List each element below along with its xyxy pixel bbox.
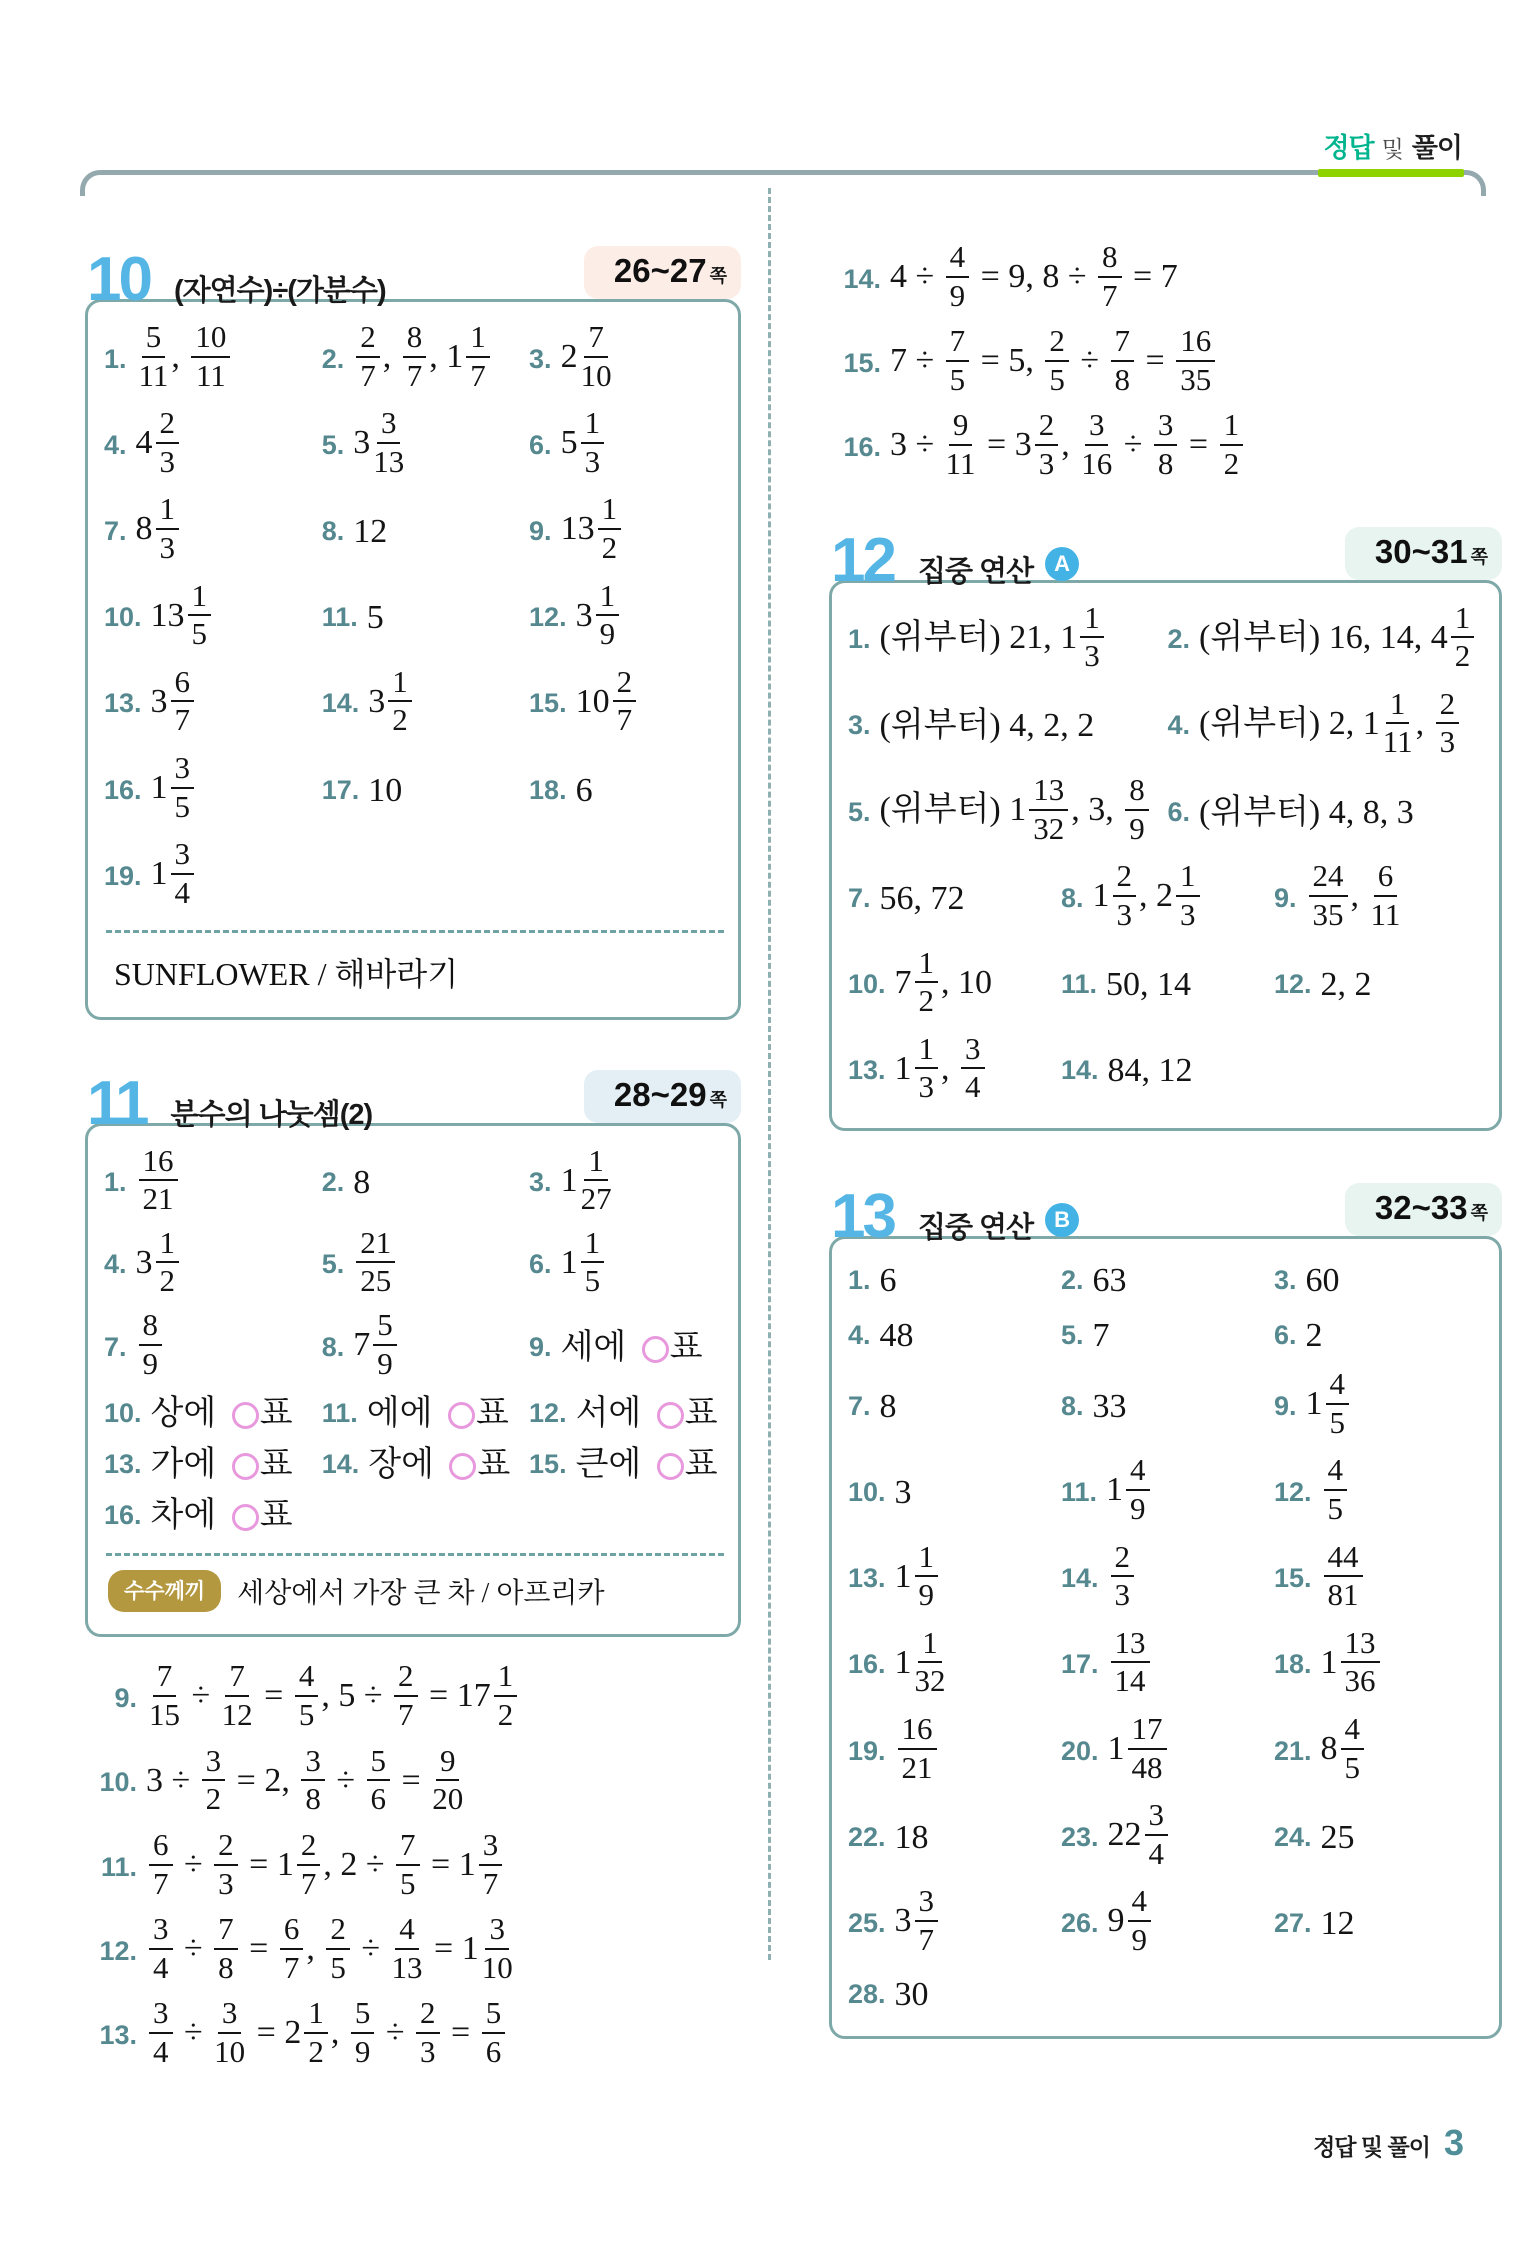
item-value: 6 <box>880 1261 897 1300</box>
item-number: 17. <box>1061 1649 1099 1680</box>
item-number: 2. <box>322 344 345 375</box>
item-number: 14. <box>322 1449 360 1480</box>
content-columns: 10 (자연수)÷(가분수) 26~27 쪽 1.511, 10112.27, … <box>85 172 1502 2085</box>
item-value: 7 <box>1093 1316 1110 1355</box>
fraction: 34 <box>149 1913 173 1983</box>
fraction: 37 <box>479 1829 503 1899</box>
item-value: 712, 10 <box>895 950 993 1020</box>
answer-item: 14.312 <box>322 669 529 739</box>
fraction: 911 <box>946 409 976 479</box>
answer-item: 11.에에 표 <box>322 1394 529 1433</box>
answer-grid: 1.16212.83.11274.3125.21256.1157.898.759… <box>104 1148 726 1536</box>
item-value: 상에 표 <box>151 1394 293 1433</box>
answer-item: 28.30 <box>848 1975 1061 2014</box>
fraction: 13 <box>915 1033 939 1103</box>
item-number: 16. <box>848 1649 886 1680</box>
answer-item: 3.1127 <box>529 1148 726 1218</box>
answer-item: 13.367 <box>104 669 322 739</box>
item-number: 14. <box>1061 1563 1099 1594</box>
item-number: 5. <box>1061 1320 1084 1351</box>
item-value: 759 <box>353 1312 400 1382</box>
fraction: 56 <box>482 1997 506 2067</box>
fraction: 611 <box>1371 860 1401 930</box>
fraction: 1332 <box>1029 774 1068 844</box>
item-number: 10. <box>104 1398 142 1429</box>
riddle-badge: 수수께끼 <box>108 1570 221 1612</box>
fraction: 12 <box>1220 409 1244 479</box>
circle-mark <box>642 1336 669 1363</box>
item-value: 949 <box>1108 1888 1155 1958</box>
item-number: 13. <box>848 1563 886 1594</box>
answer-item: 15.7 ÷ 75 = 5, 25 ÷ 78 = 1635 <box>829 328 1502 398</box>
fraction: 34 <box>1145 1799 1169 1869</box>
fraction: 23 <box>214 1829 238 1899</box>
item-number: 9. <box>1274 883 1297 914</box>
answer-item: 16.135 <box>104 755 322 825</box>
item-value: 115 <box>561 1230 608 1300</box>
fraction: 2125 <box>356 1227 395 1297</box>
answer-item: 11.5 <box>322 598 529 637</box>
item-value: 3 <box>895 1473 912 1512</box>
fraction: 27 <box>394 1660 418 1730</box>
fraction: 32 <box>202 1745 226 1815</box>
answer-item: 9.715 ÷ 712 = 45, 5 ÷ 27 = 1712 <box>85 1663 741 1733</box>
circle-mark <box>232 1504 259 1531</box>
answer-item: 8.123, 213 <box>1061 863 1274 933</box>
fraction: 27 <box>297 1829 321 1899</box>
fraction: 15 <box>188 580 212 650</box>
item-value: 2234 <box>1108 1802 1172 1872</box>
answer-item: 14.장에 표 <box>322 1445 529 1484</box>
answer-grid: 1.511, 10112.27, 87, 1173.27104.4235.331… <box>104 324 726 912</box>
fraction: 1314 <box>1111 1627 1150 1697</box>
item-number: 3. <box>848 710 871 741</box>
item-number: 6. <box>529 430 552 461</box>
answer-item: 20.11748 <box>1061 1716 1274 1786</box>
answer-item: 14.84, 12 <box>1061 1051 1274 1090</box>
item-number: 4. <box>104 1249 127 1280</box>
answer-item: 11.50, 14 <box>1061 965 1274 1004</box>
item-value: (위부터) 2, 1111, 23 <box>1199 691 1462 761</box>
answer-item: 2.8 <box>322 1163 529 1202</box>
fraction: 310 <box>482 1913 513 1983</box>
answer-item: 7.89 <box>104 1312 322 1382</box>
fraction: 23 <box>1035 409 1059 479</box>
answer-item: 13.119 <box>848 1544 1061 1614</box>
fraction: 19 <box>596 580 620 650</box>
answer-item: 1.(위부터) 21, 113 <box>848 605 1168 675</box>
section-number: 11 <box>87 1078 147 1131</box>
worked-solutions-left: 9.715 ÷ 712 = 45, 5 ÷ 27 = 171210.3 ÷ 32… <box>85 1663 741 2070</box>
fraction: 310 <box>214 1997 245 2067</box>
item-value: 4 ÷ 49 = 9, 8 ÷ 87 = 7 <box>890 244 1178 314</box>
footer-label: 정답 및 풀이 <box>1313 2129 1430 2162</box>
item-number: 15. <box>829 348 881 379</box>
item-number: 13. <box>85 2020 137 2051</box>
circle-mark <box>232 1402 259 1429</box>
fraction: 67 <box>171 666 195 736</box>
fraction: 35 <box>171 752 195 822</box>
item-number: 20. <box>1061 1736 1099 1767</box>
answer-item: 3.2710 <box>529 324 726 394</box>
answer-item: 11.67 ÷ 23 = 127, 2 ÷ 75 = 137 <box>85 1832 741 1902</box>
item-value: 30 <box>895 1975 929 2014</box>
item-number: 4. <box>1168 710 1191 741</box>
running-head-dark: 풀이 <box>1412 126 1462 165</box>
item-value: 2125 <box>353 1230 398 1300</box>
answer-item: 13.34 ÷ 310 = 212, 59 ÷ 23 = 56 <box>85 2000 741 2070</box>
item-number: 2. <box>1168 624 1191 655</box>
answer-box: 1.16212.83.11274.3125.21256.1157.898.759… <box>85 1123 741 1638</box>
circle-mark <box>449 1453 476 1480</box>
page-suffix: 쪽 <box>710 1086 727 1112</box>
answer-item: 8.33 <box>1061 1387 1274 1426</box>
section-12-header: 12 집중 연산 A 30~31 쪽 <box>829 535 1502 590</box>
answer-item: 1.6 <box>848 1261 1061 1300</box>
fraction: 13 <box>1176 860 1200 930</box>
answer-item: 10.3 ÷ 32 = 2, 38 ÷ 56 = 920 <box>85 1748 741 1818</box>
item-number: 13. <box>104 1449 142 1480</box>
item-number: 7. <box>848 1391 871 1422</box>
page-range-badge: 32~33 쪽 <box>1345 1183 1502 1236</box>
answer-item: 26.949 <box>1061 1888 1274 1958</box>
item-value: 5 <box>367 598 384 637</box>
item-number: 22. <box>848 1822 886 1853</box>
item-value: 세에 표 <box>561 1328 703 1367</box>
item-value: 3313 <box>353 410 407 480</box>
answer-item: 16.1132 <box>848 1630 1061 1700</box>
fraction: 127 <box>581 1145 612 1215</box>
item-number: 11. <box>322 602 358 633</box>
answer-item: 2.27, 87, 117 <box>322 324 529 394</box>
section-10-header: 10 (자연수)÷(가분수) 26~27 쪽 <box>85 254 741 309</box>
item-number: 6. <box>529 1249 552 1280</box>
item-value: 367 <box>151 669 198 739</box>
fraction: 49 <box>946 241 970 311</box>
fraction: 511 <box>139 321 169 391</box>
item-number: 5. <box>322 430 345 461</box>
item-value: 149 <box>1106 1457 1153 1527</box>
item-value: 가에 표 <box>151 1445 293 1484</box>
item-value: 513 <box>561 410 608 480</box>
item-number: 23. <box>1061 1822 1099 1853</box>
item-number: 12. <box>529 602 567 633</box>
answer-item: 10.상에 표 <box>104 1394 322 1433</box>
page-range-badge: 26~27 쪽 <box>584 246 741 299</box>
item-value: 1315 <box>151 583 215 653</box>
item-value: 7 ÷ 75 = 5, 25 ÷ 78 = 1635 <box>890 328 1218 398</box>
fraction: 34 <box>961 1033 985 1103</box>
fraction: 38 <box>301 1745 325 1815</box>
item-number: 4. <box>848 1320 871 1351</box>
fraction: 15 <box>581 1227 605 1297</box>
fraction: 37 <box>915 1885 939 1955</box>
answer-item: 12.서에 표 <box>529 1394 726 1433</box>
item-value: 34 ÷ 78 = 67, 25 ÷ 413 = 1310 <box>146 1916 516 1986</box>
item-value: 845 <box>1321 1716 1368 1786</box>
item-value: 6 <box>576 771 593 810</box>
fraction: 12 <box>1451 602 1475 672</box>
answer-item: 19.1621 <box>848 1716 1061 1786</box>
fraction: 45 <box>1324 1454 1348 1524</box>
answer-item: 14.4 ÷ 49 = 9, 8 ÷ 87 = 7 <box>829 244 1502 314</box>
item-value: 8 <box>353 1163 370 1202</box>
item-value: 45 <box>1321 1457 1351 1527</box>
item-value: 25 <box>1321 1818 1355 1857</box>
answer-item: 18.6 <box>529 771 726 810</box>
right-column: 14.4 ÷ 49 = 9, 8 ÷ 87 = 715.7 ÷ 75 = 5, … <box>829 172 1502 2039</box>
section-13: 13 집중 연산 B 32~33 쪽 1.62.633.604.485.76.2… <box>829 1191 1502 2039</box>
item-value: 차에 표 <box>151 1496 293 1535</box>
item-number: 24. <box>1274 1822 1312 1853</box>
answer-item: 11.149 <box>1061 1457 1274 1527</box>
fraction: 13 <box>156 493 180 563</box>
page-range-badge: 28~29 쪽 <box>584 1070 741 1123</box>
item-value: 312 <box>136 1230 183 1300</box>
fraction: 78 <box>1111 325 1135 395</box>
section-10: 10 (자연수)÷(가분수) 26~27 쪽 1.511, 10112.27, … <box>85 254 741 1020</box>
item-value: 12 <box>1321 1904 1355 1943</box>
dashed-separator <box>106 930 724 933</box>
answer-item: 15.1027 <box>529 669 726 739</box>
fraction: 45 <box>1341 1713 1365 1783</box>
footer-page-number: 3 <box>1444 2122 1464 2164</box>
page-range-badge: 30~31 쪽 <box>1345 527 1502 580</box>
item-value: 84, 12 <box>1108 1051 1193 1090</box>
fraction: 23 <box>1113 860 1137 930</box>
answer-item: 6.115 <box>529 1230 726 1300</box>
answer-item: 1.511, 1011 <box>104 324 322 394</box>
item-value: 511, 1011 <box>136 324 234 394</box>
fraction: 710 <box>581 321 612 391</box>
fraction: 316 <box>1081 409 1112 479</box>
answer-item: 16.3 ÷ 911 = 323, 316 ÷ 38 = 12 <box>829 412 1502 482</box>
running-head: 정답 및 풀이 <box>1323 126 1462 165</box>
circle-mark <box>657 1453 684 1480</box>
answer-item: 5.2125 <box>322 1230 529 1300</box>
worked-solutions-right: 14.4 ÷ 49 = 9, 8 ÷ 87 = 715.7 ÷ 75 = 5, … <box>829 244 1502 483</box>
item-value: 319 <box>576 583 623 653</box>
item-value: 2 <box>1306 1316 1323 1355</box>
item-value: 337 <box>895 1888 942 1958</box>
item-value: 1621 <box>136 1148 181 1218</box>
fraction: 45 <box>1326 1368 1350 1438</box>
fraction: 1621 <box>898 1713 937 1783</box>
item-value: (위부터) 4, 2, 2 <box>880 706 1095 745</box>
fraction: 111 <box>1383 688 1413 758</box>
item-value: 에에 표 <box>367 1394 509 1433</box>
item-value: 123, 213 <box>1093 863 1203 933</box>
item-number: 27. <box>1274 1908 1312 1939</box>
answer-item: 6.513 <box>529 410 726 480</box>
item-number: 6. <box>1274 1320 1297 1351</box>
fraction: 34 <box>171 838 195 908</box>
fraction: 67 <box>149 1829 173 1899</box>
item-value: (위부터) 4, 8, 3 <box>1199 793 1414 832</box>
answer-item: 21.845 <box>1274 1716 1487 1786</box>
item-number: 3. <box>529 344 552 375</box>
page-range: 28~29 <box>614 1076 707 1114</box>
fraction: 17 <box>466 321 490 391</box>
fraction: 4481 <box>1324 1541 1363 1611</box>
item-number: 6. <box>1168 797 1191 828</box>
item-number: 1. <box>848 1265 871 1296</box>
section-11: 11 분수의 나눗셈(2) 28~29 쪽 1.16212.83.11274.3… <box>85 1078 741 1638</box>
answer-item: 2.63 <box>1061 1261 1274 1300</box>
answer-item: 8.12 <box>322 512 529 551</box>
answer-item: 9.145 <box>1274 1371 1487 1441</box>
item-value: 312 <box>368 669 415 739</box>
item-value: 1314 <box>1108 1630 1153 1700</box>
answer-item: 10.712, 10 <box>848 950 1061 1020</box>
answer-item: 8.759 <box>322 1312 529 1382</box>
item-number: 13. <box>104 688 142 719</box>
page-suffix: 쪽 <box>1471 543 1488 569</box>
item-number: 1. <box>848 624 871 655</box>
fraction: 12 <box>156 1227 180 1297</box>
item-value: 3 ÷ 32 = 2, 38 ÷ 56 = 920 <box>146 1748 466 1818</box>
answer-item: 4.312 <box>104 1230 322 1300</box>
page-range: 32~33 <box>1375 1189 1468 1227</box>
item-number: 19. <box>848 1736 886 1767</box>
section-title: (자연수)÷(가분수) <box>174 268 386 309</box>
item-value: 50, 14 <box>1106 965 1191 1004</box>
answer-item: 4.(위부터) 2, 1111, 23 <box>1168 691 1488 761</box>
item-number: 15. <box>529 688 567 719</box>
item-number: 9. <box>529 516 552 547</box>
fraction: 12 <box>304 1997 328 2067</box>
answer-item: 17.10 <box>322 771 529 810</box>
answer-key-page: { "header": { "green": "정답", "mid": "및",… <box>0 0 1536 2245</box>
riddle-row: 수수께끼 세상에서 가장 큰 차 / 아프리카 <box>104 1570 726 1612</box>
fraction: 89 <box>139 1309 163 1379</box>
fraction: 34 <box>149 1997 173 2067</box>
item-number: 17. <box>322 775 360 806</box>
item-value: 2710 <box>561 324 615 394</box>
answer-item: 9.세에 표 <box>529 1328 726 1367</box>
fraction: 59 <box>373 1309 397 1379</box>
item-number: 9. <box>1274 1391 1297 1422</box>
item-value: 715 ÷ 712 = 45, 5 ÷ 27 = 1712 <box>146 1663 520 1733</box>
section-title: 집중 연산 <box>918 1205 1033 1246</box>
answer-item: 9.1312 <box>529 496 726 566</box>
answer-item: 12.2, 2 <box>1274 965 1487 1004</box>
fraction: 12 <box>388 666 412 736</box>
item-number: 15. <box>1274 1563 1312 1594</box>
section-12: 12 집중 연산 A 30~31 쪽 1.(위부터) 21, 1132.(위부터… <box>829 535 1502 1131</box>
item-number: 11. <box>1061 1477 1097 1508</box>
fraction: 38 <box>1154 409 1178 479</box>
circle-mark <box>448 1402 475 1429</box>
item-number: 8. <box>322 516 345 547</box>
answer-item: 17.1314 <box>1061 1630 1274 1700</box>
fraction: 1011 <box>191 321 230 391</box>
fraction: 12 <box>915 947 939 1017</box>
running-head-green: 정답 <box>1323 126 1373 165</box>
answer-item: 24.25 <box>1274 1818 1487 1857</box>
fraction: 78 <box>214 1913 238 1983</box>
item-number: 10. <box>85 1767 137 1798</box>
fraction: 27 <box>356 321 380 391</box>
answer-item: 12.45 <box>1274 1457 1487 1527</box>
answer-item: 15.4481 <box>1274 1544 1487 1614</box>
answer-item: 12.34 ÷ 78 = 67, 25 ÷ 413 = 1310 <box>85 1916 741 1986</box>
item-number: 1. <box>104 344 127 375</box>
fraction: 75 <box>396 1829 420 1899</box>
item-value: 60 <box>1306 1261 1340 1300</box>
item-number: 9. <box>529 1332 552 1363</box>
answer-item: 7.813 <box>104 496 322 566</box>
answer-item: 6.(위부터) 4, 8, 3 <box>1168 793 1488 832</box>
fraction: 25 <box>326 1913 350 1983</box>
section-13-header: 13 집중 연산 B 32~33 쪽 <box>829 1191 1502 1246</box>
answer-item: 3.60 <box>1274 1261 1487 1300</box>
item-value: 23 <box>1108 1544 1138 1614</box>
item-value: 33 <box>1093 1387 1127 1426</box>
fraction: 12 <box>494 1660 518 1730</box>
circle-mark <box>657 1402 684 1429</box>
fraction: 45 <box>295 1660 319 1730</box>
dashed-separator <box>106 1553 724 1556</box>
item-number: 13. <box>848 1055 886 1086</box>
item-value: 8 <box>880 1387 897 1426</box>
item-value: 11336 <box>1321 1630 1383 1700</box>
item-number: 12. <box>85 1936 137 1967</box>
page-footer: 정답 및 풀이 3 <box>1313 2122 1464 2164</box>
item-number: 18. <box>1274 1649 1312 1680</box>
answer-item: 5.(위부터) 11332, 3, 89 <box>848 777 1168 847</box>
item-value: 18 <box>895 1818 929 1857</box>
item-number: 10. <box>104 602 142 633</box>
fraction: 75 <box>946 325 970 395</box>
fraction: 23 <box>1436 688 1460 758</box>
column-divider <box>768 188 771 1960</box>
fraction: 87 <box>403 321 427 391</box>
section-number: 10 <box>87 254 150 307</box>
fraction: 715 <box>149 1660 180 1730</box>
fraction: 27 <box>613 666 637 736</box>
page-range: 30~31 <box>1375 533 1468 571</box>
item-number: 9. <box>85 1683 137 1714</box>
item-number: 3. <box>529 1167 552 1198</box>
item-number: 14. <box>829 264 881 295</box>
item-value: 48 <box>880 1316 914 1355</box>
fraction: 1621 <box>139 1145 178 1215</box>
answer-item: 13.가에 표 <box>104 1445 322 1484</box>
answer-item: 5.7 <box>1061 1316 1274 1355</box>
item-number: 2. <box>1061 1265 1084 1296</box>
item-number: 7. <box>848 883 871 914</box>
item-number: 8. <box>1061 883 1084 914</box>
fraction: 19 <box>915 1541 939 1611</box>
item-number: 21. <box>1274 1736 1312 1767</box>
section-letter-badge: A <box>1045 547 1079 581</box>
item-value: 34 ÷ 310 = 212, 59 ÷ 23 = 56 <box>146 2000 508 2070</box>
item-value: 1132 <box>895 1630 949 1700</box>
item-number: 11. <box>322 1398 358 1429</box>
item-value: 10 <box>368 771 402 810</box>
fraction: 2435 <box>1309 860 1348 930</box>
fraction: 23 <box>1111 1541 1135 1611</box>
item-number: 2. <box>322 1167 345 1198</box>
item-number: 16. <box>104 1500 142 1531</box>
fraction: 56 <box>367 1745 391 1815</box>
item-value: 119 <box>895 1544 942 1614</box>
answer-item: 13.113, 34 <box>848 1036 1061 1106</box>
fraction: 1336 <box>1341 1627 1380 1697</box>
fraction: 23 <box>156 407 180 477</box>
item-value: 1027 <box>576 669 640 739</box>
